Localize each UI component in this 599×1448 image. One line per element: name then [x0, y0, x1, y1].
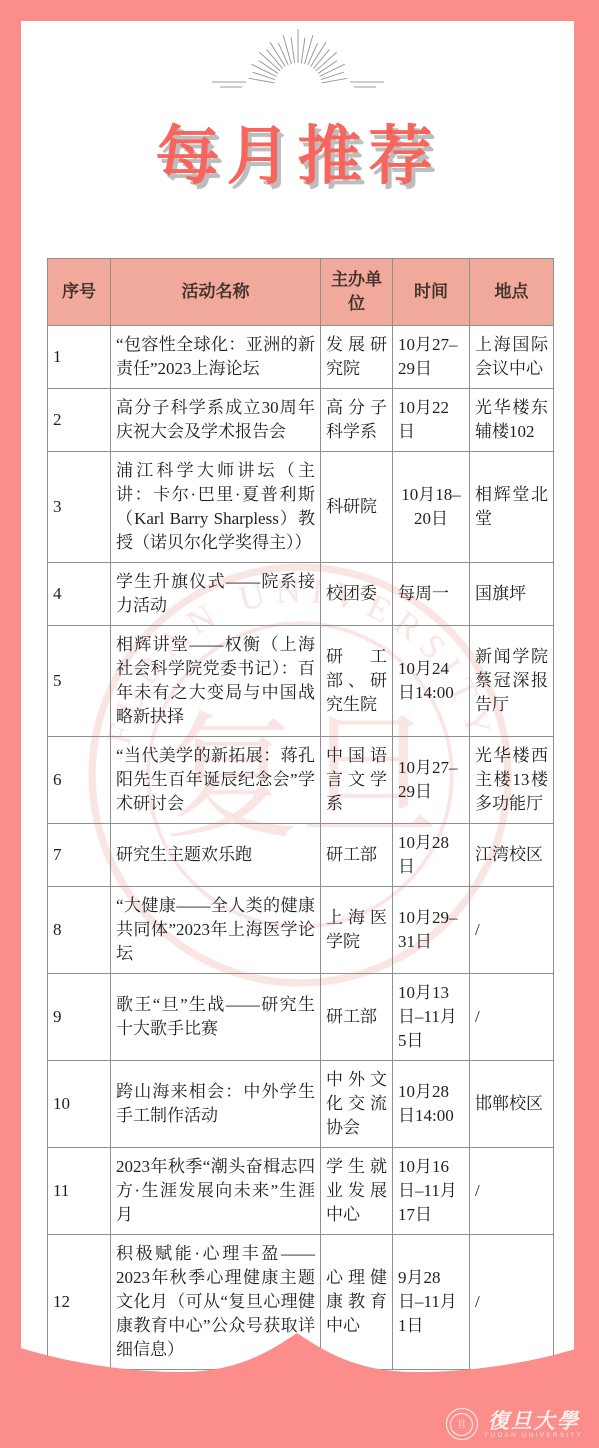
cell-loc: 上海国际会议中心: [470, 326, 554, 389]
cell-name: 学生升旗仪式——院系接力活动: [111, 563, 321, 626]
cell-no: 10: [48, 1061, 111, 1148]
cell-time: 10月28日14:00: [393, 1061, 470, 1148]
cell-org: 科研院: [321, 452, 393, 563]
cell-name: 歌王“旦”生战——研究生十大歌手比赛: [111, 974, 321, 1061]
cell-time: 10月18–20日: [393, 452, 470, 563]
cell-name: “大健康——全人类的健康共同体”2023年上海医学论坛: [111, 887, 321, 974]
cell-time: 10月16日–11月17日: [393, 1148, 470, 1235]
table-row: 3浦江科学大师讲坛（主讲：卡尔·巴里·夏普利斯（Karl Barry Sharp…: [48, 452, 554, 563]
cell-time: 10月13日–11月5日: [393, 974, 470, 1061]
fudan-logo-name-en: FUDAN UNIVERSITY: [485, 1432, 583, 1439]
cell-no: 8: [48, 887, 111, 974]
cell-org: 中外文化交流协会: [321, 1061, 393, 1148]
cell-no: 11: [48, 1148, 111, 1235]
cell-name: 研究生主题欢乐跑: [111, 824, 321, 887]
fudan-seal-icon: 旦: [446, 1408, 478, 1440]
content-area: 每月推荐 FUDAN UNIVERSITY 复旦 序号 活动名称 主办单位 时间…: [21, 21, 574, 1448]
cell-loc: /: [470, 1148, 554, 1235]
cell-time: 10月22日: [393, 389, 470, 452]
table-row: 1“包容性全球化：亚洲的新责任”2023上海论坛发展研究院10月27–29日上海…: [48, 326, 554, 389]
cell-name: 高分子科学系成立30周年庆祝大会及学术报告会: [111, 389, 321, 452]
cell-name: 跨山海来相会：中外学生手工制作活动: [111, 1061, 321, 1148]
cell-loc: 光华楼东辅楼102: [470, 389, 554, 452]
cell-loc: 国旗坪: [470, 563, 554, 626]
cell-org: 高分子科学系: [321, 389, 393, 452]
cell-org: 校团委: [321, 563, 393, 626]
table-row: 6“当代美学的新拓展：蒋孔阳先生百年诞辰纪念会”学术研讨会中国语言文学系10月2…: [48, 737, 554, 824]
cell-org: 上海医学院: [321, 887, 393, 974]
cell-name: 2023年秋季“潮头奋楫志四方·生涯发展向未来”生涯月: [111, 1148, 321, 1235]
table-row: 4学生升旗仪式——院系接力活动校团委每周一国旗坪: [48, 563, 554, 626]
cell-org: 研工部: [321, 824, 393, 887]
cell-time: 10月27–29日: [393, 326, 470, 389]
cell-no: 1: [48, 326, 111, 389]
header-time: 时间: [393, 259, 470, 326]
cell-time: 10月29–31日: [393, 887, 470, 974]
header-no: 序号: [48, 259, 111, 326]
table-row: 112023年秋季“潮头奋楫志四方·生涯发展向未来”生涯月学生就业发展中心10月…: [48, 1148, 554, 1235]
cell-loc: 相辉堂北堂: [470, 452, 554, 563]
fudan-logo: 旦 復旦大學 FUDAN UNIVERSITY: [446, 1408, 583, 1440]
cell-loc: 光华楼西主楼13楼多功能厅: [470, 737, 554, 824]
fudan-seal-inner-text: 旦: [450, 1413, 473, 1436]
cell-loc: 新闻学院蔡冠深报告厅: [470, 626, 554, 737]
cell-no: 3: [48, 452, 111, 563]
table-row: 8“大健康——全人类的健康共同体”2023年上海医学论坛上海医学院10月29–3…: [48, 887, 554, 974]
table-header-row: 序号 活动名称 主办单位 时间 地点: [48, 259, 554, 326]
fudan-logo-name: 復旦大學: [488, 1410, 580, 1432]
header-name: 活动名称: [111, 259, 321, 326]
table-row: 5相辉讲堂——权衡（上海社会科学院党委书记）：百年未有之大变局与中国战略新抉择研…: [48, 626, 554, 737]
cell-time: 10月28日: [393, 824, 470, 887]
cell-no: 7: [48, 824, 111, 887]
table-row: 2高分子科学系成立30周年庆祝大会及学术报告会高分子科学系10月22日光华楼东辅…: [48, 389, 554, 452]
header-loc: 地点: [470, 259, 554, 326]
cell-loc: /: [470, 974, 554, 1061]
cell-no: 4: [48, 563, 111, 626]
page-title: 每月推荐: [21, 105, 574, 197]
cell-org: 研工部: [321, 974, 393, 1061]
cell-loc: 江湾校区: [470, 824, 554, 887]
sunburst-icon: [208, 27, 388, 93]
cell-no: 2: [48, 389, 111, 452]
cell-time: 每周一: [393, 563, 470, 626]
cell-name: 相辉讲堂——权衡（上海社会科学院党委书记）：百年未有之大变局与中国战略新抉择: [111, 626, 321, 737]
cell-no: 9: [48, 974, 111, 1061]
header-org: 主办单位: [321, 259, 393, 326]
cell-no: 5: [48, 626, 111, 737]
table-row: 9歌王“旦”生战——研究生十大歌手比赛研工部10月13日–11月5日/: [48, 974, 554, 1061]
cell-org: 学生就业发展中心: [321, 1148, 393, 1235]
table-row: 7研究生主题欢乐跑研工部10月28日江湾校区: [48, 824, 554, 887]
cell-name: “当代美学的新拓展：蒋孔阳先生百年诞辰纪念会”学术研讨会: [111, 737, 321, 824]
cell-loc: 邯郸校区: [470, 1061, 554, 1148]
cell-time: 10月27–29日: [393, 737, 470, 824]
cell-name: “包容性全球化：亚洲的新责任”2023上海论坛: [111, 326, 321, 389]
events-table: 序号 活动名称 主办单位 时间 地点 1“包容性全球化：亚洲的新责任”2023上…: [47, 258, 554, 1370]
cell-org: 研工部、研究生院: [321, 626, 393, 737]
table-row: 10跨山海来相会：中外学生手工制作活动中外文化交流协会10月28日14:00邯郸…: [48, 1061, 554, 1148]
cell-no: 6: [48, 737, 111, 824]
events-table-body: 1“包容性全球化：亚洲的新责任”2023上海论坛发展研究院10月27–29日上海…: [48, 326, 554, 1370]
cell-org: 中国语言文学系: [321, 737, 393, 824]
cell-loc: /: [470, 887, 554, 974]
cell-org: 发展研究院: [321, 326, 393, 389]
cell-time: 10月24日14:00: [393, 626, 470, 737]
cell-name: 浦江科学大师讲坛（主讲：卡尔·巴里·夏普利斯（Karl Barry Sharpl…: [111, 452, 321, 563]
